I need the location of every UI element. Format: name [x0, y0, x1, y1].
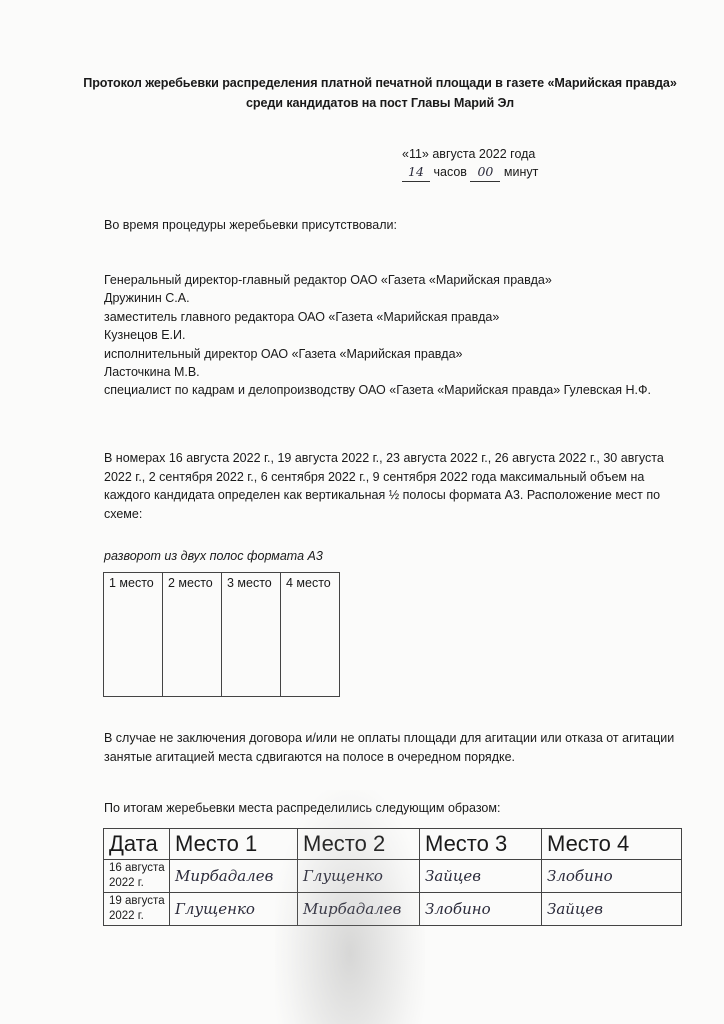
issues-paragraph: В номерах 16 августа 2022 г., 19 августа… — [104, 449, 684, 524]
member-line: Ласточкина М.В. — [104, 363, 684, 381]
scheme-place-2: 2 место — [163, 573, 222, 697]
minutes-value: 00 — [470, 163, 500, 182]
row-date: 19 августа 2022 г. — [104, 893, 170, 926]
minutes-label: минут — [504, 165, 538, 179]
header-place-2: Место 2 — [298, 829, 420, 860]
scheme-place-4: 4 место — [281, 573, 340, 697]
handwritten-candidate: Мирбадалев — [170, 860, 298, 893]
document-title: Протокол жеребьевки распределения платно… — [60, 73, 700, 113]
row-date: 16 августа 2022 г. — [104, 860, 170, 893]
member-line: Генеральный директор-главный редактор ОА… — [104, 271, 684, 289]
member-line: исполнительный директор ОАО «Газета «Мар… — [104, 345, 684, 363]
header-place-4: Место 4 — [542, 829, 682, 860]
handwritten-candidate: Мирбадалев — [298, 893, 420, 926]
hours-value: 14 — [402, 163, 430, 182]
table-row: 19 августа 2022 г. Глущенко Мирбадалев З… — [104, 893, 682, 926]
results-header-row: Дата Место 1 Место 2 Место 3 Место 4 — [104, 829, 682, 860]
document-page: Протокол жеребьевки распределения платно… — [0, 0, 724, 1024]
date-line: «11» августа 2022 года — [402, 145, 538, 163]
present-heading: Во время процедуры жеребьевки присутство… — [104, 216, 684, 235]
handwritten-candidate: Злобино — [420, 893, 542, 926]
scheme-place-1: 1 место — [104, 573, 163, 697]
condition-paragraph: В случае не заключения договора и/или не… — [104, 729, 684, 766]
hours-label: часов — [433, 165, 466, 179]
header-place-3: Место 3 — [420, 829, 542, 860]
member-line: Дружинин С.А. — [104, 289, 684, 307]
results-heading: По итогам жеребьевки места распределилис… — [104, 799, 684, 818]
header-date: Дата — [104, 829, 170, 860]
scheme-place-3: 3 место — [222, 573, 281, 697]
member-line: Кузнецов Е.И. — [104, 326, 684, 344]
date-time-block: «11» августа 2022 года 14 часов 00 минут — [402, 145, 538, 182]
table-row: 16 августа 2022 г. Мирбадалев Глущенко З… — [104, 860, 682, 893]
scheme-caption: разворот из двух полос формата А3 — [104, 547, 684, 566]
header-place-1: Место 1 — [170, 829, 298, 860]
handwritten-candidate: Глущенко — [170, 893, 298, 926]
title-line-1: Протокол жеребьевки распределения платно… — [60, 73, 700, 93]
time-line: 14 часов 00 минут — [402, 163, 538, 182]
handwritten-candidate: Злобино — [542, 860, 682, 893]
handwritten-candidate: Зайцев — [542, 893, 682, 926]
handwritten-candidate: Зайцев — [420, 860, 542, 893]
handwritten-candidate: Глущенко — [298, 860, 420, 893]
title-line-2: среди кандидатов на пост Главы Марий Эл — [60, 93, 700, 113]
results-table: Дата Место 1 Место 2 Место 3 Место 4 16 … — [103, 828, 682, 926]
member-line: специалист по кадрам и делопроизводству … — [104, 381, 684, 399]
member-line: заместитель главного редактора ОАО «Газе… — [104, 308, 684, 326]
members-list: Генеральный директор-главный редактор ОА… — [104, 271, 684, 400]
placement-scheme: 1 место 2 место 3 место 4 место — [103, 572, 340, 697]
